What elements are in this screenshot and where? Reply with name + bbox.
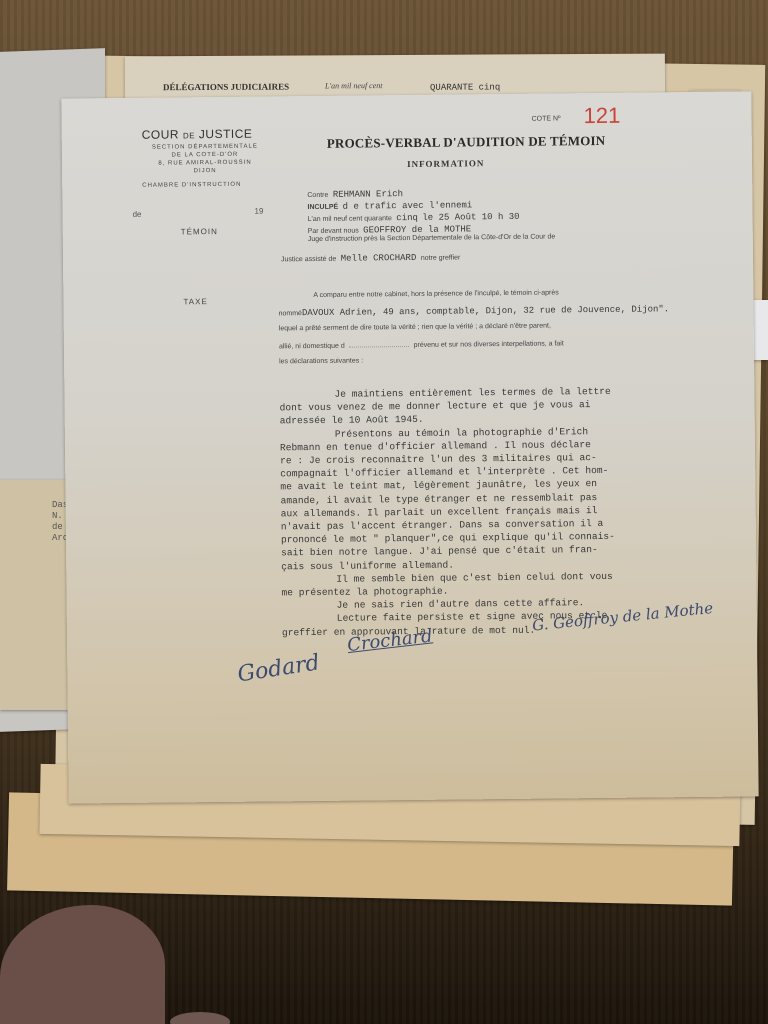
section-line: DIJON [140,166,270,175]
temoin-label: TÉMOIN [181,227,218,236]
document-title: PROCÈS-VERBAL D'AUDITION DE TÉMOIN [327,133,606,152]
cote-label: COTE Nº [532,115,561,122]
chambre-label: CHAMBRE D'INSTRUCTION [142,182,241,189]
delegations-header: DÉLÉGATIONS JUDICIAIRES [163,82,289,93]
assiste-value: Melle CROCHARD [341,253,417,264]
proces-verbal-sheet: COUR DE JUSTICE SECTION DÉPARTEMENTALE D… [61,91,758,803]
preamble: A comparu entre notre cabinet, hors la p… [278,284,719,370]
delegations-year-prefix: L'an mil neuf cent [325,81,383,90]
preamble-line: les déclarations suivantes : [279,350,719,370]
assiste-suffix: notre greffier [421,254,461,261]
witness-identity: DAVOUX Adrien, 49 ans, comptable, Dijon,… [302,304,669,318]
section-address: SECTION DÉPARTEMENTALE DE LA COTE-D'OR 8… [140,142,270,175]
court-de: DE [183,131,195,140]
testimony-body: Je maintiens entièrement les termes de l… [279,384,722,639]
assiste-prefix: Justice assisté de [281,256,336,264]
preamble-line: prévenu et sur nos diverses interpellati… [414,340,564,349]
court-name: COUR DE JUSTICE [142,127,253,142]
devant-label: Par devant nous [308,228,359,236]
assiste-line: Justice assisté de Melle CROCHARD notre … [281,246,461,266]
court-justice: JUSTICE [199,127,253,142]
court-word: COUR [142,127,179,141]
preamble-line: allié, ni domestique d [279,343,345,351]
date-suffix: 19 [254,207,263,216]
date-prefix: de [132,210,141,219]
delegations-year-value: QUARANTE cinq [430,82,500,92]
header-fields: Contre REHMANN Erich INCULPÉ d e trafic … [307,180,708,248]
nomme-label: nommé [279,310,302,317]
document-subtitle: INFORMATION [407,158,484,169]
taxe-label: TAXE [183,297,207,306]
signature-witness: Godard [236,650,321,687]
cote-number: 121 [583,103,620,129]
